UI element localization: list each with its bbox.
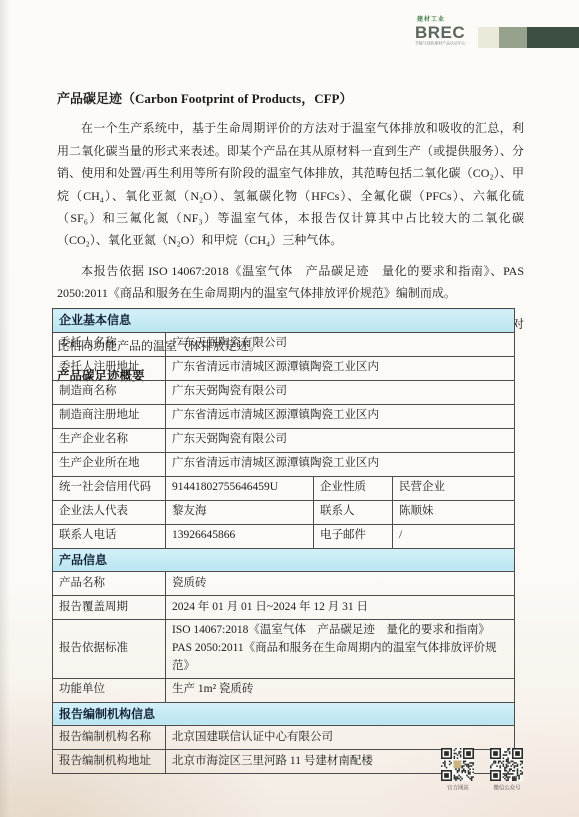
table-cell-label: 电子邮件	[314, 524, 393, 548]
table-row: 功能单位生产 1m² 瓷质砖	[53, 678, 515, 702]
table-cell-label: 生产企业名称	[53, 428, 166, 452]
table-cell-value: 广东天弼陶瓷有限公司	[166, 428, 515, 452]
table-cell-value: 13926645866	[166, 524, 314, 548]
table-cell-label: 制造商名称	[53, 380, 166, 404]
section-header-row: 企业基本信息	[53, 309, 515, 333]
table-cell-label: 报告依据标准	[53, 620, 166, 678]
table-row: 统一社会信用代码91441802755646459U企业性质民营企业	[53, 476, 515, 500]
band-segment-mid	[499, 27, 527, 48]
table-cell-label: 报告编制机构地址	[53, 750, 166, 774]
band-segment-light	[478, 27, 499, 48]
table-cell-label: 企业法人代表	[53, 500, 166, 524]
table-cell-value: 广东省清远市清城区源潭镇陶瓷工业区内	[166, 356, 515, 380]
table-cell-label: 产品名称	[53, 572, 166, 596]
table-row: 报告编制机构名称北京国建联信认证中心有限公司	[53, 726, 515, 750]
table-cell-value: ISO 14067:2018《温室气体 产品碳足迹 量化的要求和指南》 PAS …	[166, 620, 515, 678]
table-row: 委托人名称广东天弼陶瓷有限公司	[53, 332, 515, 356]
scan-artifact-dash	[57, 754, 67, 755]
table-row: 产品名称瓷质砖	[53, 572, 515, 596]
paragraph-standards: 本报告依据 ISO 14067:2018《温室气体 产品碳足迹 量化的要求和指南…	[57, 260, 524, 305]
qr-website: 官方网站	[441, 748, 475, 792]
table-cell-label: 统一社会信用代码	[53, 476, 166, 500]
qr-wechat: 微信公众号	[490, 748, 524, 792]
footer-qr-area: 官方网站 微信公众号	[441, 748, 524, 792]
table-row: 联系人电话13926645866电子邮件/	[53, 524, 515, 548]
section-header-cell: 报告编制机构信息	[53, 702, 515, 726]
qr-wechat-label: 微信公众号	[492, 783, 523, 791]
table-row: 生产企业所在地广东省清远市清城区源潭镇陶瓷工业区内	[53, 452, 515, 476]
table-cell-label: 制造商注册地址	[53, 404, 166, 428]
table-cell-value: 广东天弼陶瓷有限公司	[166, 332, 515, 356]
table-row: 委托人注册地址广东省清远市清城区源潭镇陶瓷工业区内	[53, 356, 515, 380]
table-cell-value: /	[393, 524, 515, 548]
header-color-band	[478, 27, 579, 48]
table-cell-value: 黎友海	[166, 500, 314, 524]
table-row: 企业法人代表黎友海联系人陈顺妹	[53, 500, 515, 524]
table-cell-label: 委托人注册地址	[53, 356, 166, 380]
section-header-row: 报告编制机构信息	[53, 702, 515, 726]
table-cell-label: 联系人电话	[53, 524, 166, 548]
table-row: 报告依据标准ISO 14067:2018《温室气体 产品碳足迹 量化的要求和指南…	[53, 620, 515, 678]
table-row: 制造商名称广东天弼陶瓷有限公司	[53, 380, 515, 404]
info-table-wrapper: 企业基本信息委托人名称广东天弼陶瓷有限公司委托人注册地址广东省清远市清城区源潭镇…	[52, 308, 514, 774]
table-cell-value: 生产 1m² 瓷质砖	[166, 678, 515, 702]
table-row: 报告覆盖周期2024 年 01 月 01 日~2024 年 12 月 31 日	[53, 596, 515, 620]
table-cell-value: 91441802755646459U	[166, 476, 314, 500]
table-cell-label: 报告覆盖周期	[53, 596, 166, 620]
table-cell-value: 瓷质砖	[166, 572, 515, 596]
table-cell-label: 功能单位	[53, 678, 166, 702]
section-header-cell: 产品信息	[53, 548, 515, 572]
table-cell-value: 广东省清远市清城区源潭镇陶瓷工业区内	[166, 452, 515, 476]
table-cell-value: 广东天弼陶瓷有限公司	[166, 380, 515, 404]
brec-logo-bottom-text: 节能与绿色建材产品认证中心	[415, 42, 477, 46]
table-row: 生产企业名称广东天弼陶瓷有限公司	[53, 428, 515, 452]
table-cell-value: 广东省清远市清城区源潭镇陶瓷工业区内	[166, 404, 515, 428]
table-cell-value: 民营企业	[393, 476, 515, 500]
table-cell-value: 2024 年 01 月 01 日~2024 年 12 月 31 日	[166, 596, 515, 620]
paragraph-cfp-definition: 在一个生产系统中，基于生命周期评价的方法对于温室气体排放和吸收的汇总，利用二氧化…	[57, 117, 524, 251]
qr-website-label: 官方网站	[443, 783, 474, 791]
table-cell-label: 委托人名称	[53, 332, 166, 356]
band-segment-dark	[527, 27, 579, 48]
qr-wechat-icon	[490, 748, 523, 781]
table-cell-label: 报告编制机构名称	[53, 726, 166, 750]
qr-website-icon	[441, 748, 474, 781]
page-title: 产品碳足迹（Carbon Footprint of Products，CFP）	[57, 88, 524, 110]
section-header-row: 产品信息	[53, 548, 515, 572]
table-cell-label: 企业性质	[314, 476, 393, 500]
scanned-page: 建材工业 BREC 节能与绿色建材产品认证中心 产品碳足迹（Carbon Foo…	[0, 0, 579, 817]
info-table: 企业基本信息委托人名称广东天弼陶瓷有限公司委托人注册地址广东省清远市清城区源潭镇…	[52, 308, 515, 774]
table-cell-label: 生产企业所在地	[53, 452, 166, 476]
table-row: 制造商注册地址广东省清远市清城区源潭镇陶瓷工业区内	[53, 404, 515, 428]
table-cell-value: 北京国建联信认证中心有限公司	[166, 726, 515, 750]
section-header-cell: 企业基本信息	[53, 309, 515, 333]
table-cell-value: 陈顺妹	[393, 500, 515, 524]
table-cell-label: 联系人	[314, 500, 393, 524]
